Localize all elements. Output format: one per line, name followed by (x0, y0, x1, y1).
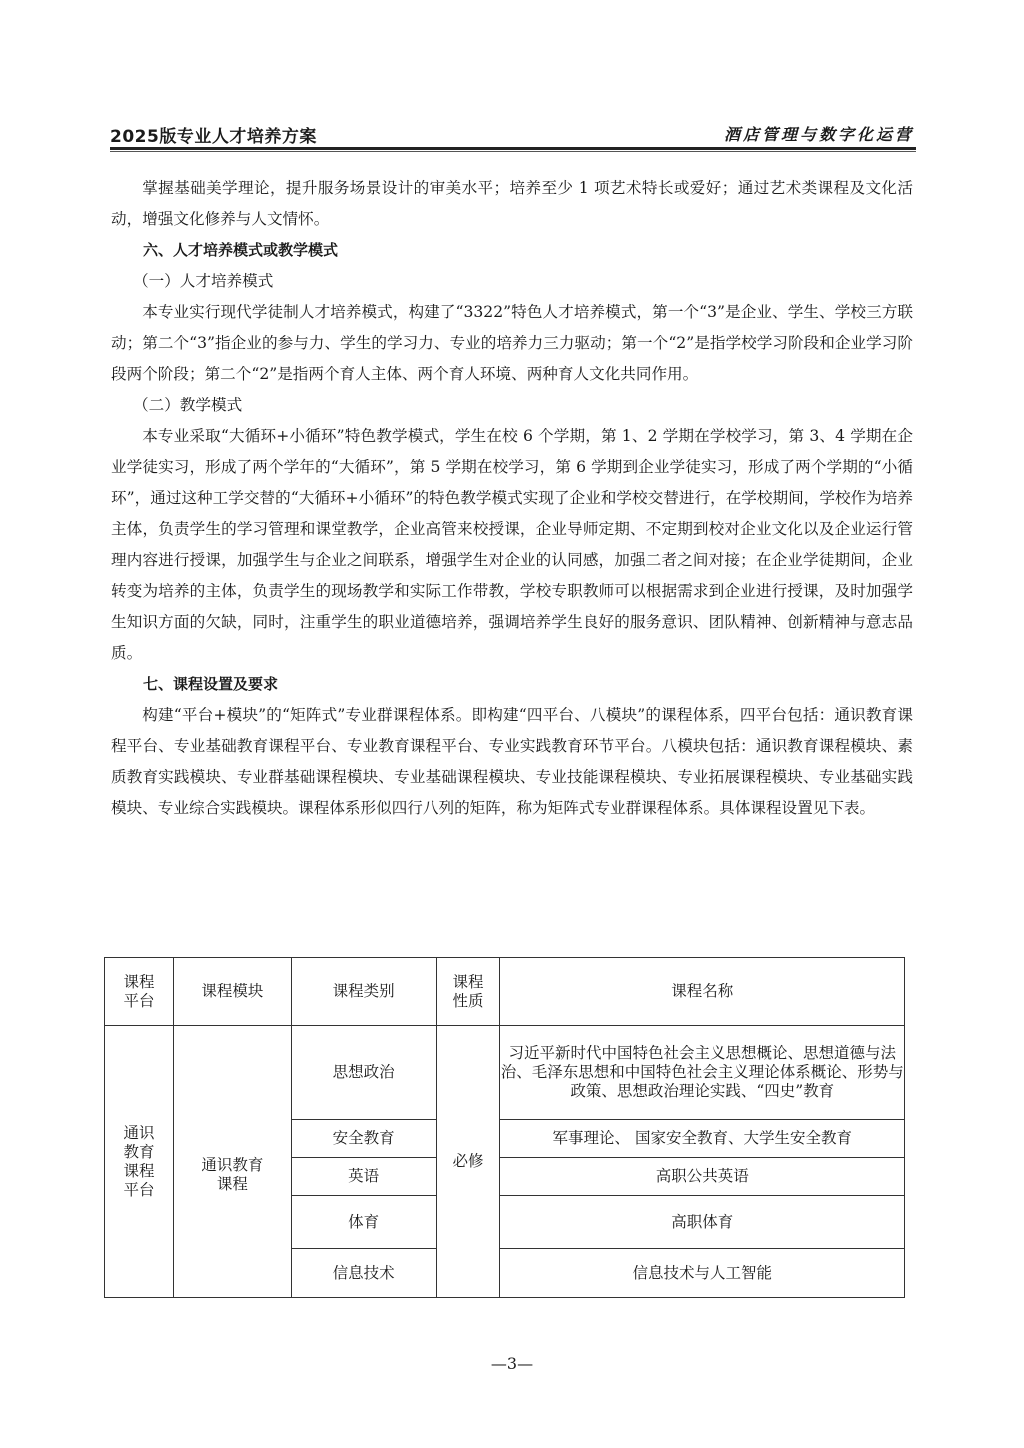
category-cell: 体育 (291, 1196, 436, 1249)
module-cell: 通识教育 课程 (173, 1026, 291, 1298)
section-7-heading: 七、课程设置及要求 (111, 669, 913, 700)
header-divider (110, 147, 916, 152)
header-nature: 课程 性质 (436, 958, 500, 1026)
header-category: 课程类别 (291, 958, 436, 1026)
course-names-cell: 习近平新时代中国特色社会主义思想概论、思想道德与法治、毛泽东思想和中国特色社会主… (500, 1026, 905, 1120)
program-name: 酒店管理与数字化运营 (724, 122, 914, 145)
category-cell: 安全教育 (291, 1120, 436, 1158)
page-header: 2025版专业人才培养方案 酒店管理与数字化运营 (110, 118, 916, 154)
document-title: 2025版专业人才培养方案 (110, 122, 317, 147)
nature-cell: 必修 (436, 1026, 500, 1298)
table-header-row: 课程 平台 课程模块 课程类别 课程 性质 课程名称 (105, 958, 905, 1026)
section-6-heading: 六、人才培养模式或教学模式 (111, 235, 913, 266)
section-6-1-paragraph: 本专业实行现代学徒制人才培养模式，构建了“3322”特色人才培养模式，第一个“3… (111, 297, 913, 390)
header-platform: 课程 平台 (105, 958, 174, 1026)
intro-paragraph: 掌握基础美学理论，提升服务场景设计的审美水平；培养至少 1 项艺术特长或爱好；通… (111, 173, 913, 235)
course-names-cell: 高职公共英语 (500, 1158, 905, 1196)
section-6-1-heading: （一）人才培养模式 (111, 266, 913, 297)
category-cell: 信息技术 (291, 1249, 436, 1298)
main-content: 掌握基础美学理论，提升服务场景设计的审美水平；培养至少 1 项艺术特长或爱好；通… (111, 173, 913, 824)
page-number: —3— (0, 1354, 1024, 1373)
course-names-cell: 信息技术与人工智能 (500, 1249, 905, 1298)
table-row: 通识 教育 课程 平台 通识教育 课程 思想政治 必修 习近平新时代中国特色社会… (105, 1026, 905, 1120)
category-cell: 思想政治 (291, 1026, 436, 1120)
platform-cell: 通识 教育 课程 平台 (105, 1026, 174, 1298)
section-7-paragraph: 构建“平台+模块”的“矩阵式”专业群课程体系。即构建“四平台、八模块”的课程体系… (111, 700, 913, 824)
header-module: 课程模块 (173, 958, 291, 1026)
course-names-cell: 军事理论、 国家安全教育、大学生安全教育 (500, 1120, 905, 1158)
section-6-2-heading: （二）教学模式 (111, 390, 913, 421)
course-names-cell: 高职体育 (500, 1196, 905, 1249)
section-6-2-paragraph: 本专业采取“大循环+小循环”特色教学模式，学生在校 6 个学期，第 1、2 学期… (111, 421, 913, 669)
header-course-name: 课程名称 (500, 958, 905, 1026)
category-cell: 英语 (291, 1158, 436, 1196)
course-table: 课程 平台 课程模块 课程类别 课程 性质 课程名称 通识 教育 课程 平台 通… (104, 957, 905, 1298)
